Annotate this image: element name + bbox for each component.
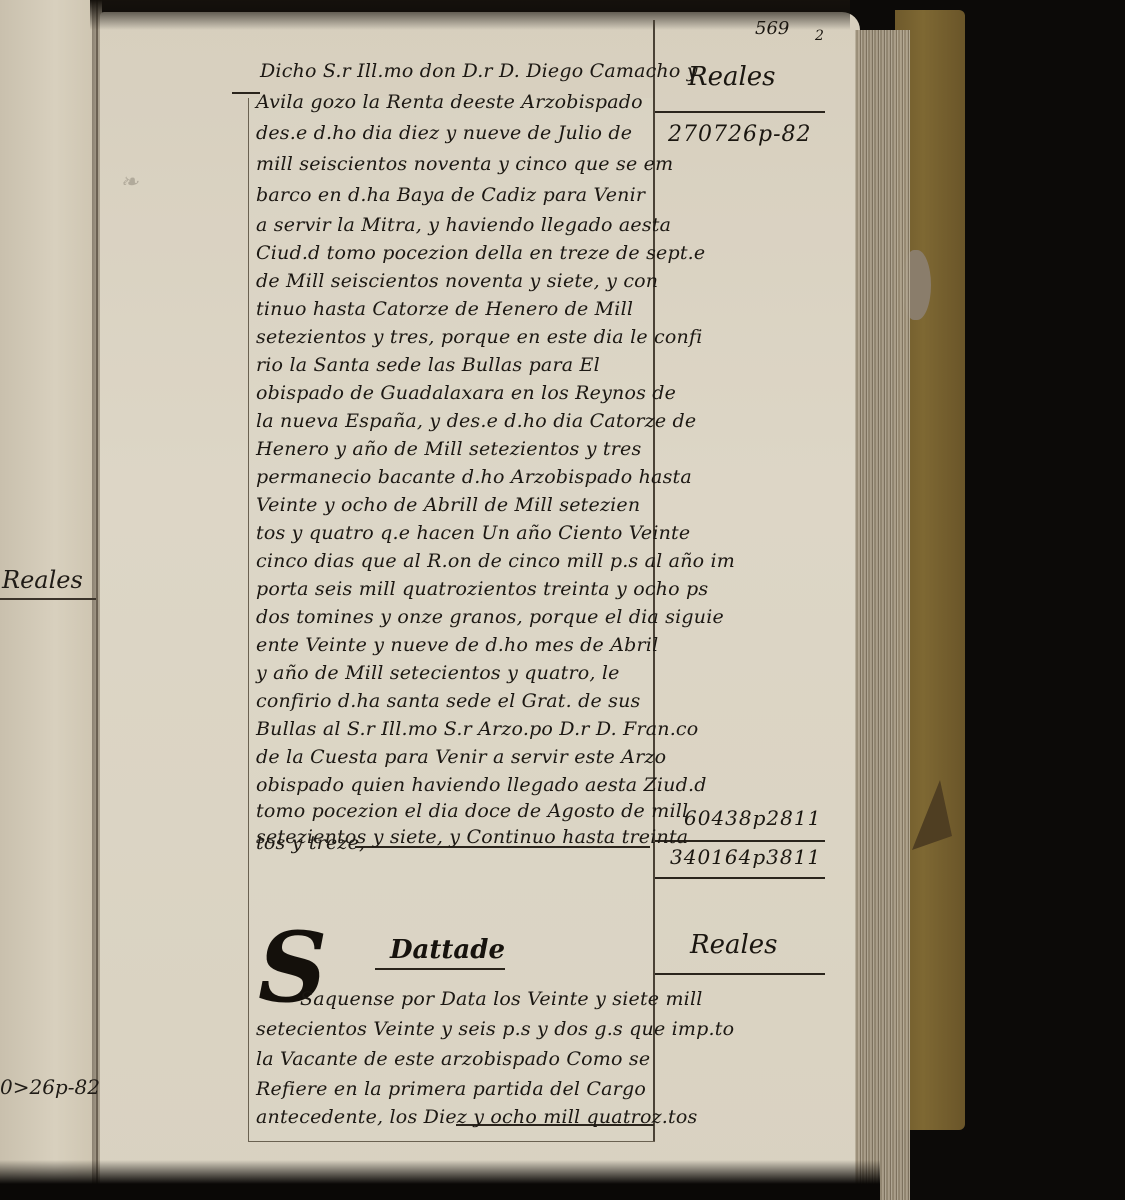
- top-amount: 270726p-82: [668, 122, 812, 147]
- entry-line: de la Cuesta para Venir a servir este Ar…: [256, 746, 666, 768]
- data-reales-rule: [655, 973, 825, 975]
- page-edges: [855, 30, 910, 1200]
- entry-line: setezientos y tres, porque en este dia l…: [256, 326, 702, 348]
- entry-line: tos y quatro q.e hacen Un año Ciento Vei…: [256, 522, 690, 544]
- bottom-shadow: [0, 1160, 880, 1200]
- entry-line: porta seis mill quatrozientos treinta y …: [256, 578, 708, 600]
- entry-line: mill seiscientos noventa y cinco que se …: [256, 153, 673, 175]
- entry-line: ente Veinte y nueve de d.ho mes de Abril: [256, 634, 658, 656]
- entry-line: Avila gozo la Renta deeste Arzobispado: [256, 91, 643, 113]
- entry-line: dos tomines y onze granos, porque el dia…: [256, 606, 724, 628]
- entry-line: barco en d.ha Baya de Cadiz para Venir: [256, 184, 645, 206]
- data-line: antecedente, los Diez y ocho mill quatro…: [256, 1106, 697, 1128]
- data-line: la Vacante de este arzobispado Como se: [256, 1048, 650, 1070]
- left-page: [0, 0, 92, 1200]
- entry-line: tinuo hasta Catorze de Henero de Mill: [256, 298, 633, 320]
- amount-column-header: Reales: [688, 62, 776, 92]
- manuscript-scene: Reales 0>26p-82 ❧ 569 2 Reales 270726p-8…: [0, 0, 1125, 1200]
- left-page-amount: 0>26p-82: [0, 1075, 100, 1099]
- entry-line: obispado quien haviendo llegado aesta Zi…: [256, 774, 707, 796]
- entry-line: Bullas al S.r Ill.mo S.r Arzo.po D.r D. …: [256, 718, 698, 740]
- left-page-reales-header: Reales: [2, 566, 83, 594]
- data-line: Refiere en la primera partida del Cargo: [256, 1078, 646, 1100]
- total-rule: [655, 877, 825, 879]
- entry-line: obispado de Guadalaxara en los Reynos de: [256, 382, 676, 404]
- entry-line: la nueva España, y des.e d.ho dia Catorz…: [256, 410, 696, 432]
- data-line: setecientos Veinte y seis p.s y dos g.s …: [256, 1018, 734, 1040]
- data-amount-column-header: Reales: [690, 930, 778, 960]
- entry-line: cinco dias que al R.on de cinco mill p.s…: [256, 550, 735, 572]
- folio-mark: 2: [815, 28, 824, 44]
- entry-line: confirio d.ha santa sede el Grat. de sus: [256, 690, 640, 712]
- entry-line: des.e d.ho dia diez y nueve de Julio de: [256, 122, 632, 144]
- entry-line: tos y treze,: [256, 832, 365, 854]
- entry-line: Dicho S.r Ill.mo don D.r D. Diego Camach…: [260, 60, 698, 82]
- entry-line: rio la Santa sede las Bullas para El: [256, 354, 600, 376]
- data-line: Saquense por Data los Veinte y siete mil…: [300, 988, 703, 1010]
- subtotal-amount: 60438p2811: [684, 806, 821, 830]
- entry-line: Henero y año de Mill setezientos y tres: [256, 438, 641, 460]
- folio-number: 569: [755, 18, 789, 39]
- entry-line: y año de Mill setecientos y quatro, le: [256, 662, 620, 684]
- entry-line: Ciud.d tomo pocezion della en treze de s…: [256, 242, 705, 264]
- section-heading: Dattade: [390, 935, 505, 965]
- entry-line: permanecio bacante d.ho Arzobispado hast…: [256, 466, 692, 488]
- heading-underline: [375, 968, 505, 970]
- entry-line: Veinte y ocho de Abrill de Mill setezien: [256, 494, 640, 516]
- entry-line: de Mill seiscientos noventa y siete, y c…: [256, 270, 658, 292]
- total-amount: 340164p3811: [670, 845, 821, 869]
- entry-line: tomo pocezion el dia doce de Agosto de m…: [256, 800, 688, 822]
- left-page-ruling-line: [96, 0, 98, 1200]
- faded-stamp: ❧: [120, 170, 138, 195]
- top-shadow: [90, 0, 850, 30]
- entry-line: a servir la Mitra, y haviendo llegado ae…: [256, 214, 671, 236]
- reales-header-rule: [655, 111, 825, 113]
- left-page-header-rule: [0, 598, 96, 600]
